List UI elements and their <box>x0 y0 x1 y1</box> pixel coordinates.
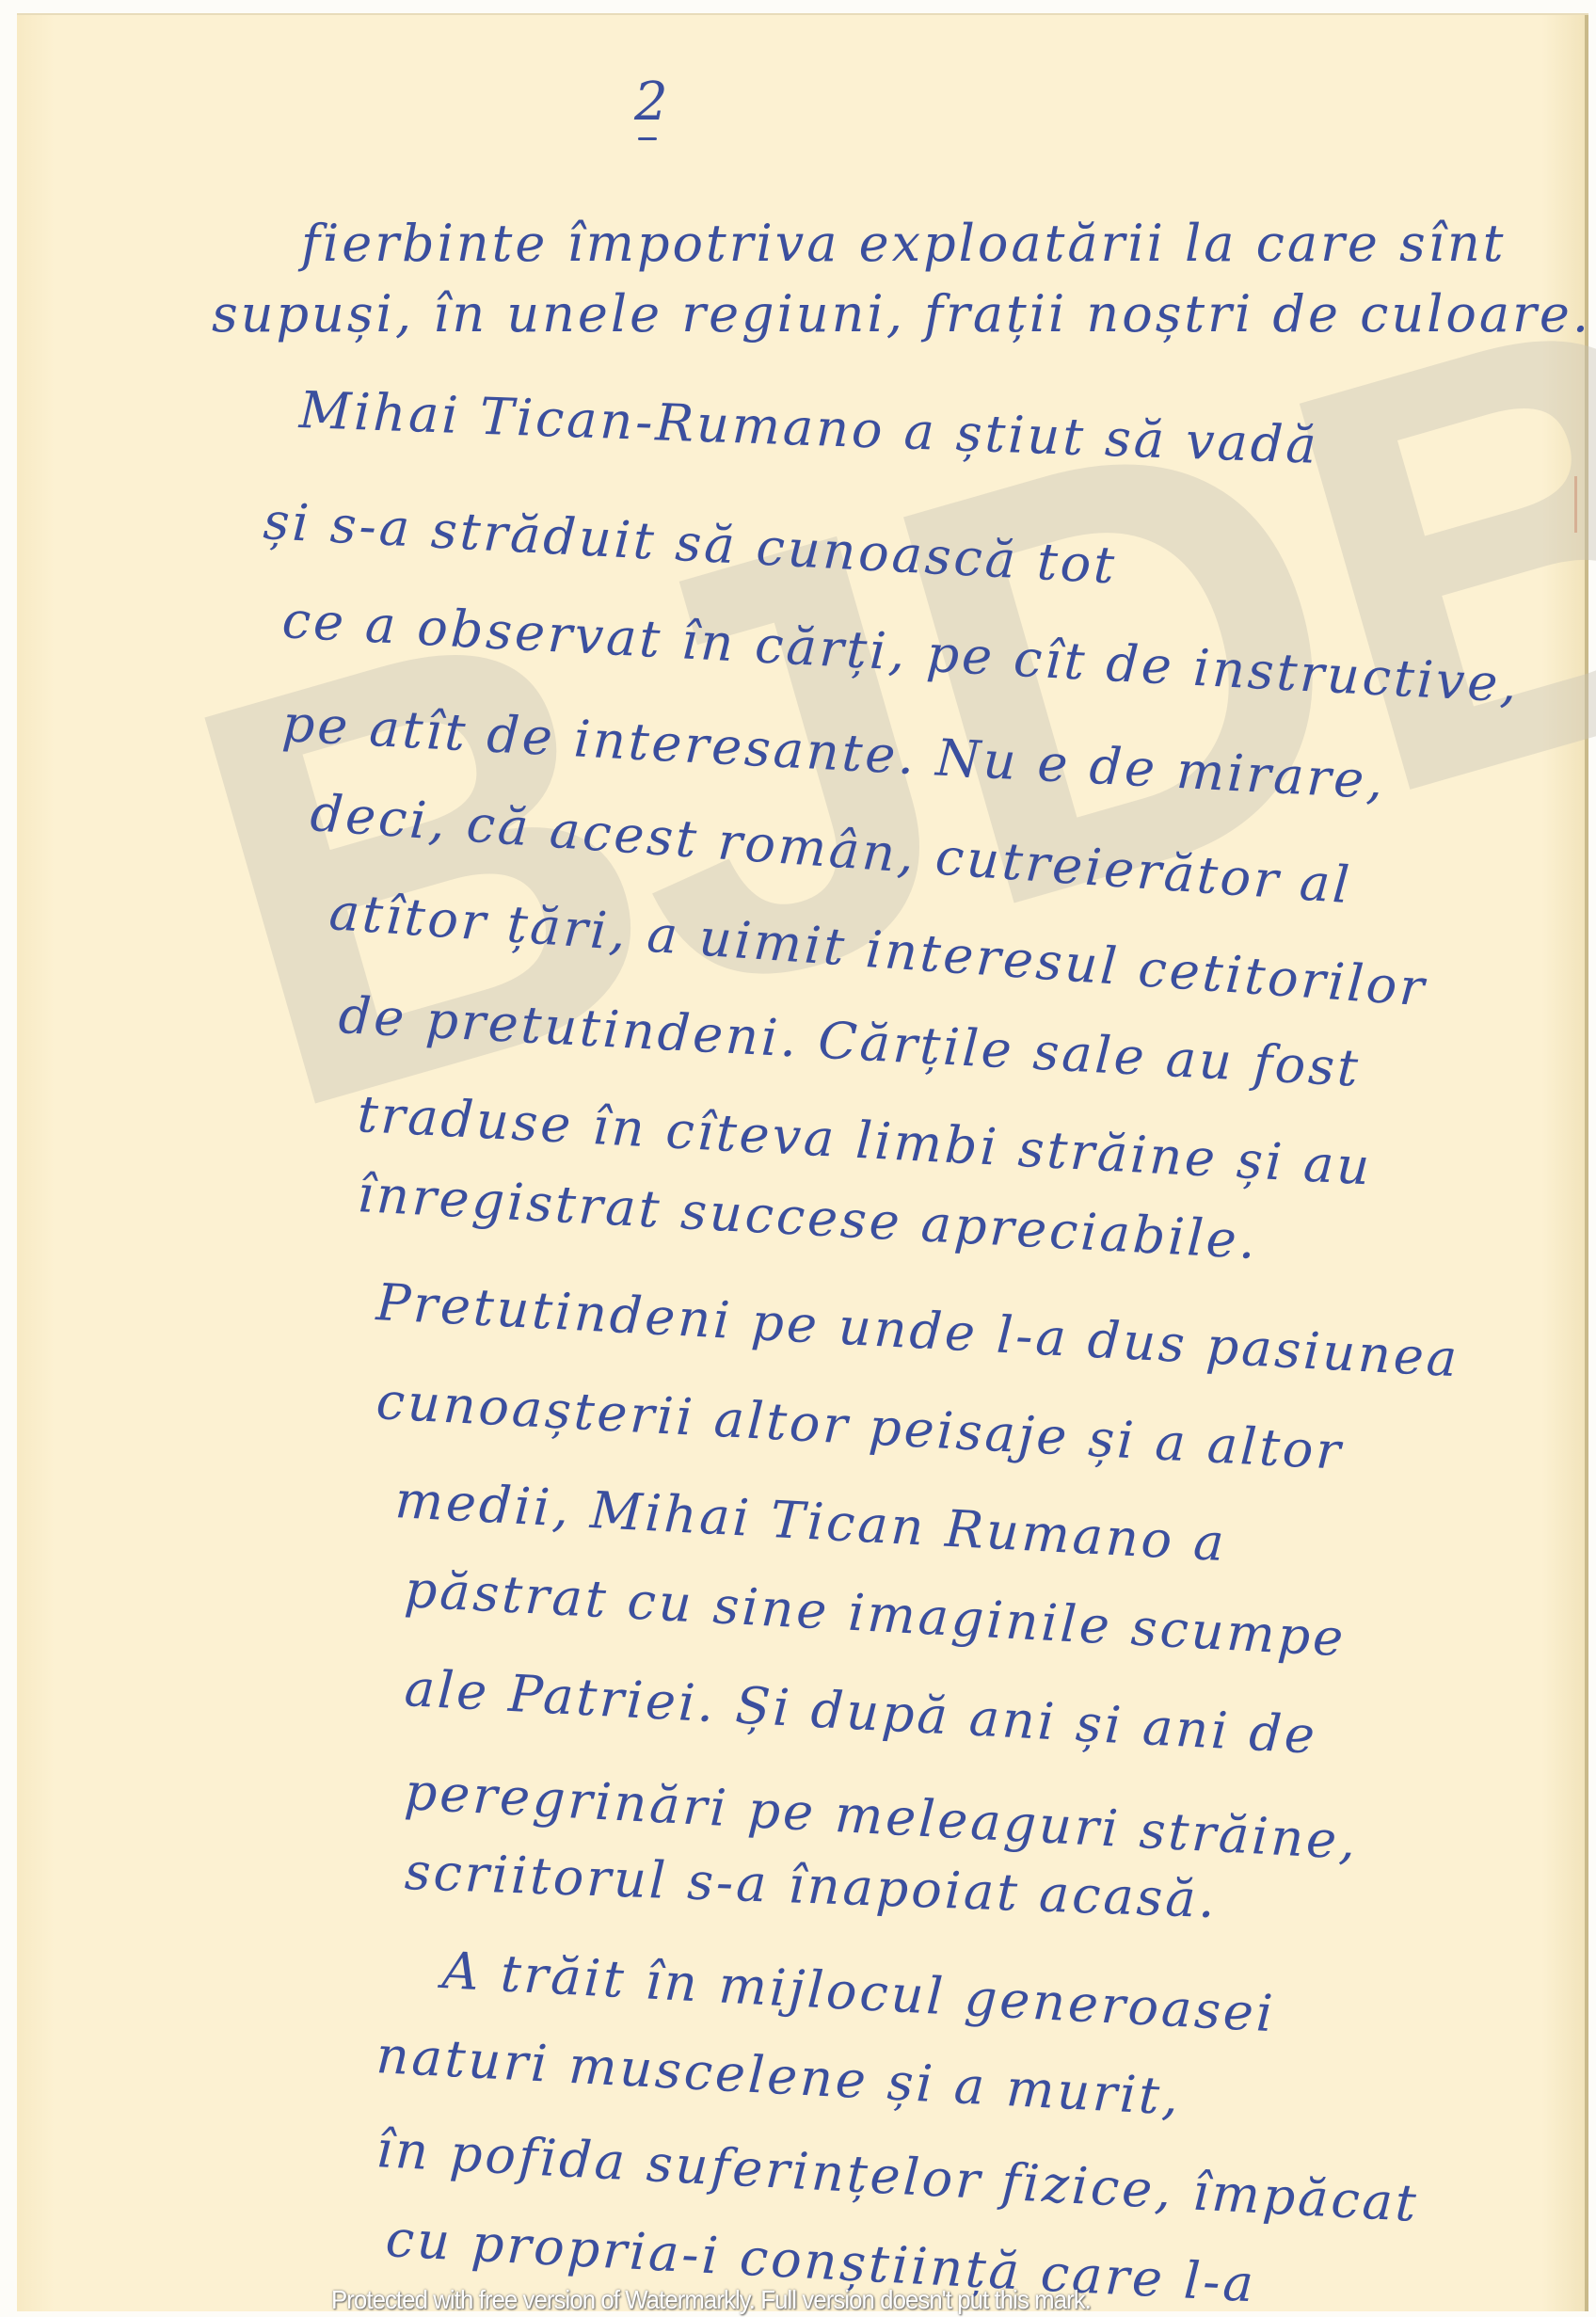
watermarkly-notice: Protected with free version of Watermark… <box>331 2285 1091 2315</box>
manuscript-line: cunoașterii altor peisaje și a altor <box>375 1371 1345 1481</box>
manuscript-line: fierbinte împotriva exploatării la care … <box>301 214 1507 273</box>
red-margin-mark <box>1574 476 1577 533</box>
manuscript-page: BJDB 2 fierbinte împotriva exploatării l… <box>17 13 1588 2311</box>
manuscript-line: supuși, în unele regiuni, frații noștri … <box>212 284 1591 344</box>
manuscript-line: Pretutindeni pe unde l-a dus pasiunea <box>375 1272 1460 1388</box>
page-edge <box>1585 15 1588 2311</box>
manuscript-line: păstrat cu sine imaginile scumpe <box>403 1559 1347 1668</box>
page-number: 2 <box>634 72 668 133</box>
manuscript-line: Mihai Tican-Rumano a știut să vadă <box>298 380 1320 475</box>
manuscript-line: medii, Mihai Tican Rumano a <box>393 1470 1228 1573</box>
manuscript-line: A trăit în mijlocul generoasei <box>440 1941 1276 2043</box>
manuscript-line: și s-a străduit să cunoască tot <box>262 491 1118 595</box>
manuscript-line: ale Patriei. Și după ani și ani de <box>403 1658 1318 1766</box>
manuscript-line: ce a observat în cărți, pe cît de instru… <box>280 590 1521 714</box>
manuscript-line: naturi muscelene și a murit, <box>375 2025 1182 2127</box>
